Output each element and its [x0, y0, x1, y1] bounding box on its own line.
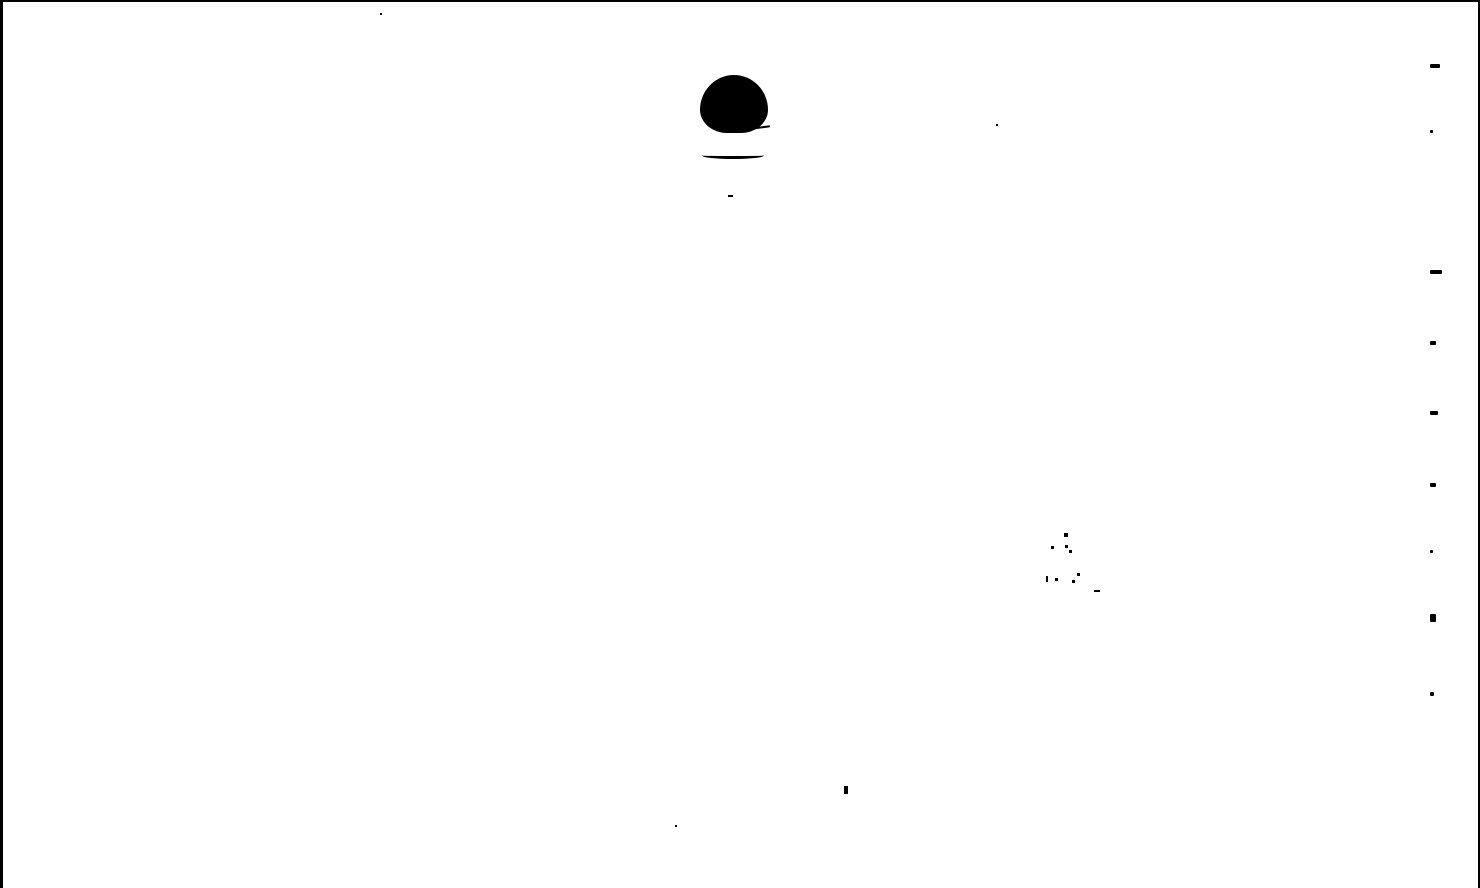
speck	[996, 124, 998, 126]
tool-icon-5[interactable]	[1430, 411, 1438, 415]
blob-base-stroke	[702, 152, 764, 159]
speck	[675, 825, 677, 827]
tool-icon-1[interactable]	[1430, 64, 1440, 68]
tool-icon-4[interactable]	[1430, 341, 1436, 345]
tool-icon-7[interactable]	[1430, 550, 1433, 553]
tool-icon-8[interactable]	[1430, 614, 1436, 622]
small-mark	[844, 786, 848, 794]
tool-icon-3[interactable]	[1430, 270, 1442, 274]
tool-icon-2[interactable]	[1430, 130, 1433, 133]
side-toolbar	[1400, 2, 1478, 888]
speck	[380, 13, 382, 15]
tool-icon-6[interactable]	[1430, 483, 1436, 487]
speck	[728, 195, 733, 197]
main-canvas[interactable]	[3, 2, 1400, 888]
tool-icon-9[interactable]	[1430, 692, 1434, 696]
